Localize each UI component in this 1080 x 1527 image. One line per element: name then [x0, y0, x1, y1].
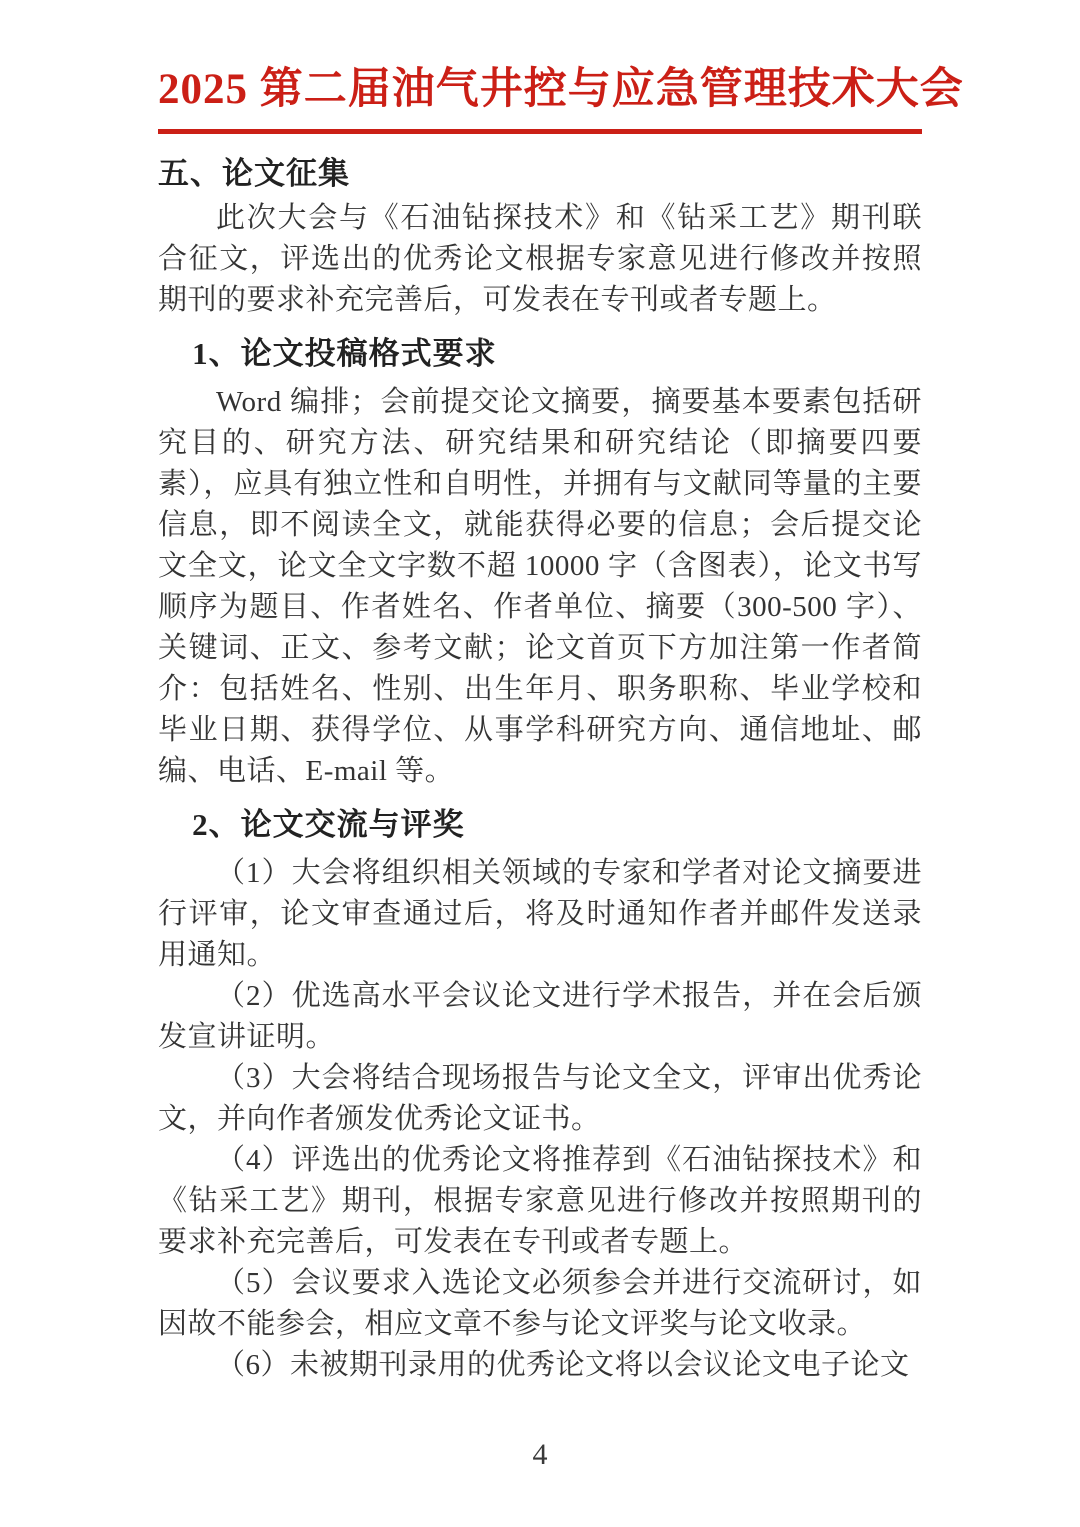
award-item-6: （6）未被期刊录用的优秀论文将以会议论文电子论文	[158, 1345, 922, 1386]
award-item-2: （2）优选高水平会议论文进行学术报告，并在会后颁发宣讲证明。	[158, 976, 922, 1058]
award-item-4: （4）评选出的优秀论文将推荐到《石油钻探技术》和《钻采工艺》期刊，根据专家意见进…	[158, 1140, 922, 1263]
section-heading-paper-solicitation: 五、论文征集	[158, 156, 922, 192]
award-item-5: （5）会议要求入选论文必须参会并进行交流研讨，如因故不能参会，相应文章不参与论文…	[158, 1263, 922, 1345]
format-requirements-paragraph: Word 编排；会前提交论文摘要，摘要基本要素包括研究目的、研究方法、研究结果和…	[158, 382, 922, 792]
subsection-2-heading: 2、论文交流与评奖	[158, 805, 922, 845]
intro-paragraph: 此次大会与《石油钻探技术》和《钻采工艺》期刊联合征文，评选出的优秀论文根据专家意…	[158, 198, 922, 321]
title-divider-rule	[158, 129, 922, 134]
conference-title: 2025 第二届油气井控与应急管理技术大会	[158, 64, 922, 116]
document-page: 2025 第二届油气井控与应急管理技术大会 五、论文征集 此次大会与《石油钻探技…	[158, 0, 922, 1386]
document-header: 2025 第二届油气井控与应急管理技术大会	[158, 64, 922, 134]
award-item-1: （1）大会将组织相关领域的专家和学者对论文摘要进行评审，论文审查通过后，将及时通…	[158, 853, 922, 976]
page-number: 4	[0, 1438, 1080, 1472]
award-item-3: （3）大会将结合现场报告与论文全文，评审出优秀论文，并向作者颁发优秀论文证书。	[158, 1058, 922, 1140]
subsection-1-heading: 1、论文投稿格式要求	[158, 334, 922, 374]
